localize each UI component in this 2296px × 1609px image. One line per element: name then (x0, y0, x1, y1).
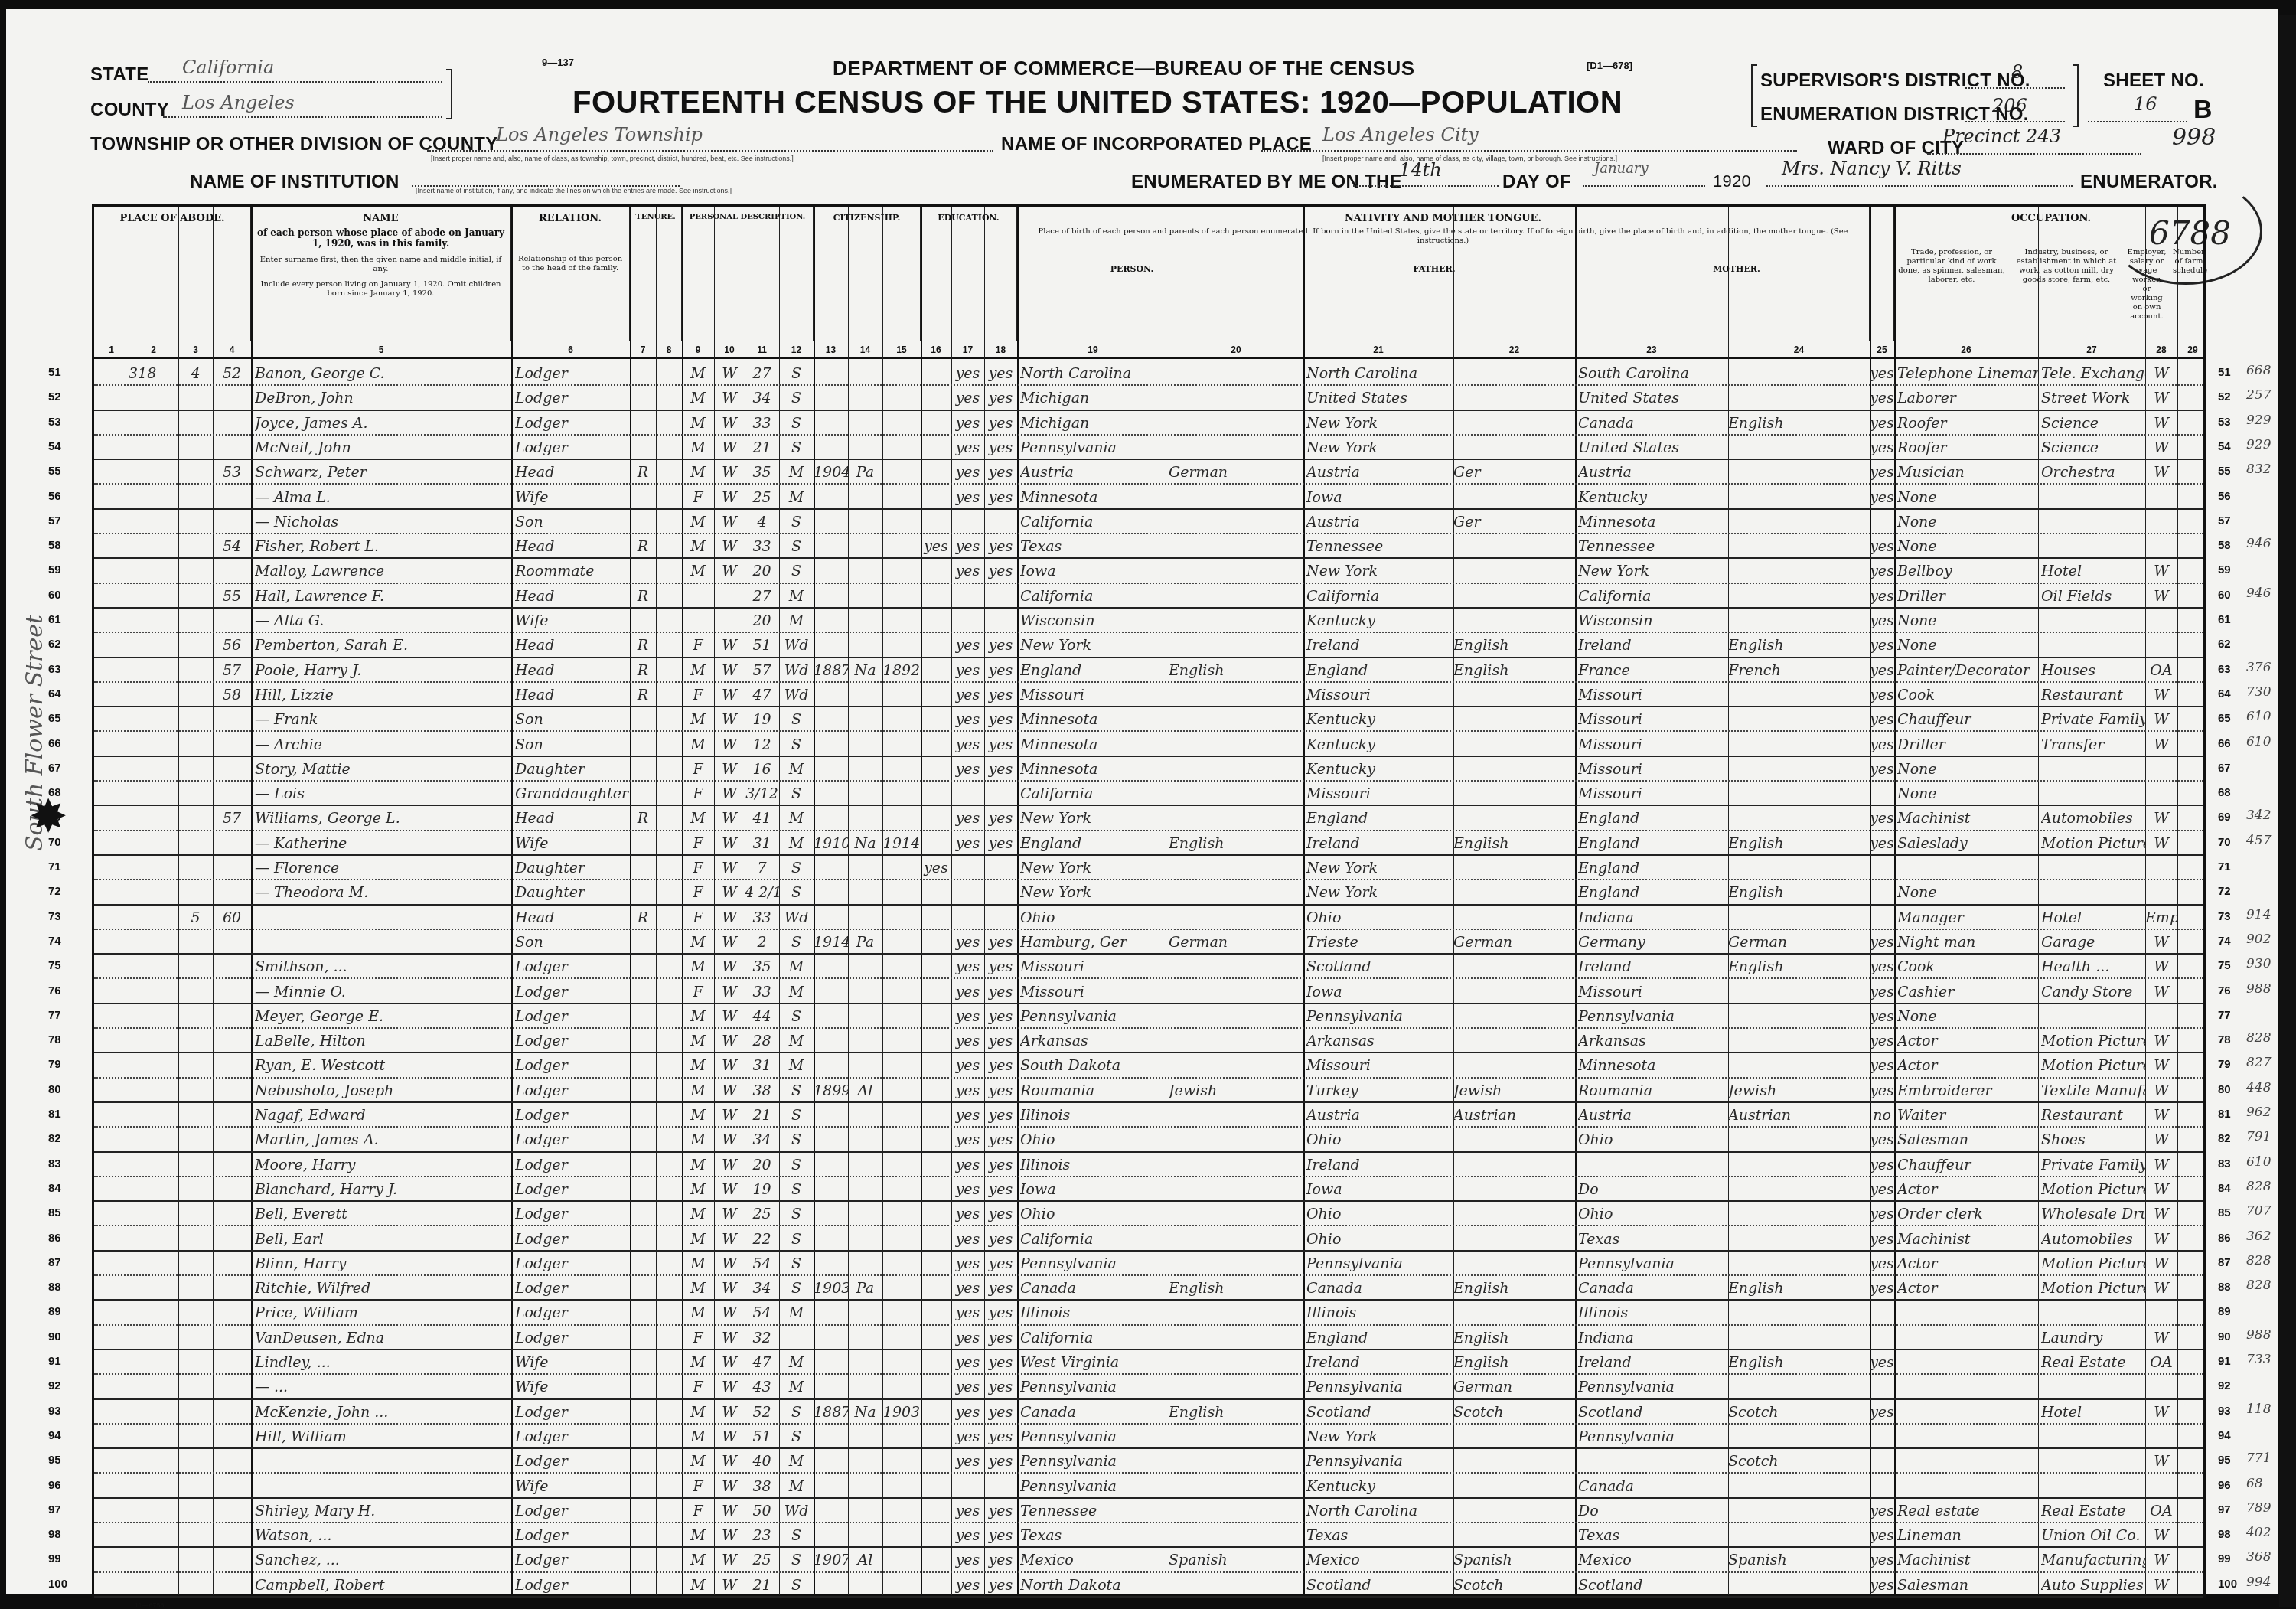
cell-fpob: Ohio (1306, 907, 1453, 929)
cell-house (129, 1302, 178, 1323)
table-row: — NicholasSonMW4SCaliforniaAustriaGerMin… (94, 510, 2203, 534)
cell-industry (2041, 783, 2145, 804)
cell-tongue (1169, 981, 1303, 1003)
cell-english (1870, 1451, 1894, 1472)
line-number-right: 65 (2218, 712, 2231, 725)
cell-mpob: California (1578, 586, 1728, 607)
county-label: COUNTY (90, 100, 169, 121)
cell-tongue: Spanish (1169, 1549, 1303, 1571)
cell-school (921, 1476, 951, 1497)
cell-write: yes (984, 363, 1017, 384)
cell-english: yes (1870, 363, 1894, 384)
cell-relation: Lodger (515, 437, 630, 459)
cell-house (129, 660, 178, 681)
cell-pob: Illinois (1020, 1154, 1169, 1176)
cell-school (921, 759, 951, 780)
cell-age: 21 (745, 1575, 779, 1596)
cell-mpob: Minnesota (1578, 1055, 1728, 1076)
cell-dwelling (178, 635, 213, 656)
cell-imm (814, 586, 848, 607)
cell-nat (848, 536, 882, 557)
cell-read: yes (951, 437, 984, 459)
cell-age: 21 (745, 1105, 779, 1126)
cell-school (921, 1278, 951, 1299)
cell-nat: Al (848, 1080, 882, 1101)
cell-tenure (630, 1030, 656, 1052)
cell-natyr (882, 1302, 921, 1323)
cell-name: Malloy, Lawrence (255, 560, 511, 582)
cell-tongue (1169, 907, 1303, 929)
column-number: 3 (178, 341, 213, 358)
cell-house (129, 1500, 178, 1522)
cell-mpob (1578, 1451, 1728, 1472)
line-number-right: 96 (2218, 1479, 2231, 1492)
cell-mtongue (1728, 387, 1870, 409)
cell-imm (814, 1500, 848, 1522)
cell-relation: Daughter (515, 857, 630, 879)
cell-ftongue (1453, 1203, 1575, 1225)
sheet-side: B (2193, 95, 2213, 125)
cell-house (129, 462, 178, 483)
cell-write (984, 1476, 1017, 1497)
cell-imm (814, 1352, 848, 1373)
cell-fpob: California (1306, 586, 1453, 607)
line-number-right: 51 (2218, 366, 2231, 379)
occupation-code: 827 (2246, 1055, 2271, 1070)
cell-nat (848, 907, 882, 929)
cell-pob: England (1020, 660, 1169, 681)
cell-tenure (630, 759, 656, 780)
table-row: 57Poole, Harry J.HeadRMW57Wd1887Na1892ye… (94, 658, 2203, 683)
cell-trade (1897, 1302, 2038, 1323)
cell-marital: M (779, 1476, 814, 1497)
table-row: Moore, HarryLodgerMW20SyesyesIllinoisIre… (94, 1153, 2203, 1177)
cell-fpob: Ireland (1306, 1352, 1453, 1373)
cell-mpob: Canada (1578, 1278, 1728, 1299)
cell-age: 2 (745, 932, 779, 953)
cell-imm (814, 560, 848, 582)
cell-english: yes (1870, 635, 1894, 656)
cell-age: 16 (745, 759, 779, 780)
cell-industry (2041, 1451, 2145, 1472)
cell-tenure (630, 1080, 656, 1101)
cell-house (129, 635, 178, 656)
cell-name: LaBelle, Hilton (255, 1030, 511, 1052)
cell-color: W (714, 1327, 745, 1349)
cell-marital: S (779, 1006, 814, 1027)
cell-school (921, 1129, 951, 1150)
cell-mtongue (1728, 684, 1870, 706)
cell-write: yes (984, 1253, 1017, 1274)
cell-nat (848, 1500, 882, 1522)
cell-write: yes (984, 536, 1017, 557)
cell-mtongue (1728, 907, 1870, 929)
cell-mtongue (1728, 1129, 1870, 1150)
cell-mpob: England (1578, 882, 1728, 903)
cell-read: yes (951, 487, 984, 508)
cell-tenure: R (630, 808, 656, 829)
cell-read (951, 857, 984, 879)
cell-ftongue (1453, 759, 1575, 780)
line-number: 72 (48, 885, 61, 898)
cell-dwelling (178, 1525, 213, 1546)
cell-relation: Son (515, 511, 630, 533)
cell-industry: Hotel (2041, 1402, 2145, 1423)
cell-industry: Motion Pictures (2041, 1179, 2145, 1200)
occupation-code: 828 (2246, 1179, 2271, 1194)
cell-nat (848, 709, 882, 730)
table-row: Meyer, George E.LodgerMW44SyesyesPennsyl… (94, 1004, 2203, 1029)
occupation-code: 994 (2246, 1575, 2271, 1590)
line-number-right: 61 (2218, 613, 2231, 626)
cell-family (213, 1376, 251, 1398)
line-number-right: 72 (2218, 885, 2231, 898)
cell-fpob: Missouri (1306, 1055, 1453, 1076)
cell-read (951, 783, 984, 804)
cell-write: yes (984, 1129, 1017, 1150)
cell-industry (2041, 1006, 2145, 1027)
cell-color: W (714, 1426, 745, 1447)
cell-school (921, 734, 951, 756)
cell-mtongue: French (1728, 660, 1870, 681)
cell-house (129, 1105, 178, 1126)
cell-imm (814, 635, 848, 656)
cell-industry (2041, 857, 2145, 879)
cell-ftongue (1453, 560, 1575, 582)
cell-age: 4 2/12 (745, 882, 779, 903)
cell-mpob: Pennsylvania (1578, 1426, 1728, 1447)
cell-read: yes (951, 1426, 984, 1447)
column-number: 20 (1169, 341, 1303, 358)
cell-tongue (1169, 1352, 1303, 1373)
table-row: SonMW2S1914PayesyesHamburg, GerGermanTri… (94, 930, 2203, 955)
cell-color (714, 610, 745, 632)
cell-name: — ... (255, 1376, 511, 1398)
cell-read: yes (951, 981, 984, 1003)
table-row: Hill, WilliamLodgerMW51SyesyesPennsylvan… (94, 1425, 2203, 1449)
line-number: 71 (48, 860, 61, 873)
census-title: FOURTEENTH CENSUS OF THE UNITED STATES: … (572, 86, 1623, 120)
cell-english (1870, 1426, 1894, 1447)
cell-imm (814, 1229, 848, 1250)
cell-english: yes (1870, 684, 1894, 706)
cell-industry (2041, 610, 2145, 632)
line-number-right: 69 (2218, 811, 2231, 824)
cell-sex: M (682, 660, 714, 681)
cell-class: Emp (2145, 907, 2177, 929)
cell-house (129, 1030, 178, 1052)
cell-class: OA (2145, 1352, 2177, 1373)
cell-natyr (882, 560, 921, 582)
cell-nat (848, 586, 882, 607)
table-row: — KatherineWifeFW31M1910Na1914yesyesEngl… (94, 831, 2203, 856)
cell-marital: S (779, 1179, 814, 1200)
cell-name (255, 907, 511, 929)
cell-mtongue (1728, 857, 1870, 879)
cell-ftongue: English (1453, 1352, 1575, 1373)
cell-english: yes (1870, 1179, 1894, 1200)
line-number: 65 (48, 712, 61, 725)
cell-class: W (2145, 1105, 2177, 1126)
line-number: 66 (48, 737, 61, 750)
cell-class (2145, 1302, 2177, 1323)
cell-dwelling (178, 586, 213, 607)
cell-imm (814, 1179, 848, 1200)
cell-fpob: England (1306, 660, 1453, 681)
cell-ftongue (1453, 1426, 1575, 1447)
cell-mtongue: English (1728, 882, 1870, 903)
cell-age: 32 (745, 1327, 779, 1349)
cell-relation: Lodger (515, 1006, 630, 1027)
cell-mtongue: English (1728, 833, 1870, 854)
cell-read: yes (951, 635, 984, 656)
cell-tenure (630, 1154, 656, 1176)
cell-mpob: Missouri (1578, 759, 1728, 780)
cell-imm (814, 907, 848, 929)
cell-pob: Pennsylvania (1020, 1006, 1169, 1027)
cell-name: Hill, Lizzie (255, 684, 511, 706)
cell-tenure (630, 932, 656, 953)
cell-write: yes (984, 1055, 1017, 1076)
cell-name: Fisher, Robert L. (255, 536, 511, 557)
line-number: 92 (48, 1379, 61, 1392)
cell-class: W (2145, 956, 2177, 977)
cell-class (2145, 1476, 2177, 1497)
cell-class: W (2145, 1080, 2177, 1101)
cell-dwelling (178, 1006, 213, 1027)
line-number: 97 (48, 1503, 61, 1516)
cell-school (921, 1302, 951, 1323)
cell-mtongue (1728, 437, 1870, 459)
cell-name: — Nicholas (255, 511, 511, 533)
cell-trade: Cook (1897, 684, 2038, 706)
cell-imm (814, 610, 848, 632)
cell-color: W (714, 759, 745, 780)
cell-fpob: Tennessee (1306, 536, 1453, 557)
cell-mtongue: English (1728, 635, 1870, 656)
cell-marital: M (779, 981, 814, 1003)
cell-nat (848, 1575, 882, 1596)
cell-school: yes (921, 857, 951, 879)
day-of-label: DAY OF (1502, 171, 1571, 193)
cell-name: Meyer, George E. (255, 1006, 511, 1027)
cell-write (984, 511, 1017, 533)
cell-marital: S (779, 932, 814, 953)
cell-ftongue (1453, 734, 1575, 756)
cell-tongue: English (1169, 1402, 1303, 1423)
cell-mpob: United States (1578, 437, 1728, 459)
cell-marital: S (779, 857, 814, 879)
cell-relation: Lodger (515, 1575, 630, 1596)
cell-english: yes (1870, 1080, 1894, 1101)
cell-age: 19 (745, 1179, 779, 1200)
cell-school (921, 808, 951, 829)
cell-sex (682, 610, 714, 632)
cell-tongue (1169, 1426, 1303, 1447)
cell-ftongue: Ger (1453, 511, 1575, 533)
cell-industry: Garage (2041, 932, 2145, 953)
cell-sex: M (682, 1402, 714, 1423)
cell-sex: M (682, 413, 714, 434)
cell-fpob: Missouri (1306, 783, 1453, 804)
cell-house (129, 1376, 178, 1398)
cell-house (129, 511, 178, 533)
cell-marital: S (779, 437, 814, 459)
cell-dwelling (178, 437, 213, 459)
cell-english (1870, 1476, 1894, 1497)
column-number: 2 (129, 341, 178, 358)
cell-english: yes (1870, 1402, 1894, 1423)
cell-color: W (714, 536, 745, 557)
cell-write: yes (984, 660, 1017, 681)
cell-sex: M (682, 1278, 714, 1299)
cell-english: yes (1870, 1006, 1894, 1027)
ward-value: Precinct 243 (1942, 126, 2061, 147)
occupation-code: 733 (2246, 1352, 2271, 1367)
cell-pob: Pennsylvania (1020, 1253, 1169, 1274)
cell-english (1870, 511, 1894, 533)
cell-read: yes (951, 462, 984, 483)
column-number: 15 (882, 341, 921, 358)
cell-name: Smithson, ... (255, 956, 511, 977)
line-number: 79 (48, 1058, 61, 1071)
cell-nat: Al (848, 1549, 882, 1571)
cell-dwelling (178, 1129, 213, 1150)
column-number: 21 (1303, 341, 1453, 358)
cell-ftongue (1453, 387, 1575, 409)
table-row: McNeil, JohnLodgerMW21SyesyesPennsylvani… (94, 436, 2203, 460)
cell-relation: Lodger (515, 1525, 630, 1546)
cell-imm (814, 1451, 848, 1472)
cell-ftongue (1453, 1030, 1575, 1052)
cell-relation: Head (515, 660, 630, 681)
line-number: 58 (48, 539, 61, 552)
cell-write: yes (984, 1030, 1017, 1052)
cell-fpob: New York (1306, 413, 1453, 434)
line-number-right: 98 (2218, 1528, 2231, 1541)
cell-relation: Lodger (515, 1030, 630, 1052)
cell-imm (814, 1327, 848, 1349)
cell-read: yes (951, 1229, 984, 1250)
cell-tenure (630, 981, 656, 1003)
cell-trade (1897, 1451, 2038, 1472)
cell-sex: F (682, 1476, 714, 1497)
cell-mpob: Do (1578, 1179, 1728, 1200)
cell-ftongue (1453, 882, 1575, 903)
cell-ftongue (1453, 536, 1575, 557)
cell-english: yes (1870, 1500, 1894, 1522)
bracket (1751, 64, 1757, 127)
cell-natyr (882, 437, 921, 459)
cell-house (129, 487, 178, 508)
cell-read: yes (951, 1203, 984, 1225)
cell-trade: Cashier (1897, 981, 2038, 1003)
cell-trade (1897, 1476, 2038, 1497)
cell-mtongue (1728, 1253, 1870, 1274)
cell-relation: Head (515, 907, 630, 929)
cell-pob: Pennsylvania (1020, 1426, 1169, 1447)
cell-tenure (630, 857, 656, 879)
cell-color (714, 586, 745, 607)
cell-house (129, 783, 178, 804)
cell-natyr (882, 1229, 921, 1250)
cell-relation: Lodger (515, 1229, 630, 1250)
cell-fpob: Ireland (1306, 833, 1453, 854)
line-number-right: 93 (2218, 1405, 2231, 1418)
cell-family (213, 1080, 251, 1101)
cell-fpob: Texas (1306, 1525, 1453, 1546)
cell-industry: Health ... (2041, 956, 2145, 977)
township-value: Los Angeles Township (496, 124, 703, 145)
cell-trade: Actor (1897, 1179, 2038, 1200)
cell-tenure (630, 1055, 656, 1076)
cell-house (129, 1253, 178, 1274)
cell-relation: Wife (515, 1476, 630, 1497)
cell-house (129, 1080, 178, 1101)
cell-mpob: Roumania (1578, 1080, 1728, 1101)
cell-marital: Wd (779, 907, 814, 929)
cell-english: yes (1870, 1030, 1894, 1052)
cell-pob: Missouri (1020, 684, 1169, 706)
cell-natyr (882, 907, 921, 929)
occupation-code: 902 (2246, 932, 2271, 947)
cell-mtongue (1728, 981, 1870, 1003)
cell-dwelling (178, 783, 213, 804)
occupation-code: 914 (2246, 907, 2271, 922)
cell-write: yes (984, 1525, 1017, 1546)
cell-mpob: Austria (1578, 462, 1728, 483)
line-number-right: 58 (2218, 539, 2231, 552)
cell-name: Joyce, James A. (255, 413, 511, 434)
cell-fpob: Pennsylvania (1306, 1006, 1453, 1027)
cell-class: W (2145, 1129, 2177, 1150)
cell-tenure: R (630, 635, 656, 656)
table-row: — ArchieSonMW12SyesyesMinnesotaKentuckyM… (94, 733, 2203, 757)
cell-pob: Ohio (1020, 1129, 1169, 1150)
cell-house (129, 1451, 178, 1472)
column-number: 14 (848, 341, 882, 358)
cell-fpob: Kentucky (1306, 610, 1453, 632)
cell-fpob: Iowa (1306, 487, 1453, 508)
line-number: 75 (48, 959, 61, 972)
cell-tongue (1169, 560, 1303, 582)
cell-mpob: France (1578, 660, 1728, 681)
cell-trade: Lineman (1897, 1525, 2038, 1546)
cell-nat (848, 387, 882, 409)
cell-marital: S (779, 387, 814, 409)
cell-trade: Real estate (1897, 1500, 2038, 1522)
cell-ftongue (1453, 857, 1575, 879)
occupation-code: 257 (2246, 387, 2271, 403)
line-number: 84 (48, 1182, 61, 1195)
cell-sex: M (682, 1253, 714, 1274)
cell-sex: M (682, 808, 714, 829)
cell-write: yes (984, 387, 1017, 409)
cell-sex: F (682, 783, 714, 804)
cell-english: yes (1870, 1203, 1894, 1225)
cell-name: Blanchard, Harry J. (255, 1179, 511, 1200)
cell-age: 50 (745, 1500, 779, 1522)
cell-school (921, 1253, 951, 1274)
cell-ftongue: Ger (1453, 462, 1575, 483)
cell-age: 28 (745, 1030, 779, 1052)
cell-relation: Granddaughter (515, 783, 630, 804)
enumerated-day: 14th (1399, 159, 1442, 181)
table-row: Price, WilliamLodgerMW54MyesyesIllinoisI… (94, 1301, 2203, 1325)
cell-class: OA (2145, 1500, 2177, 1522)
cell-family (213, 857, 251, 879)
cell-natyr (882, 1476, 921, 1497)
